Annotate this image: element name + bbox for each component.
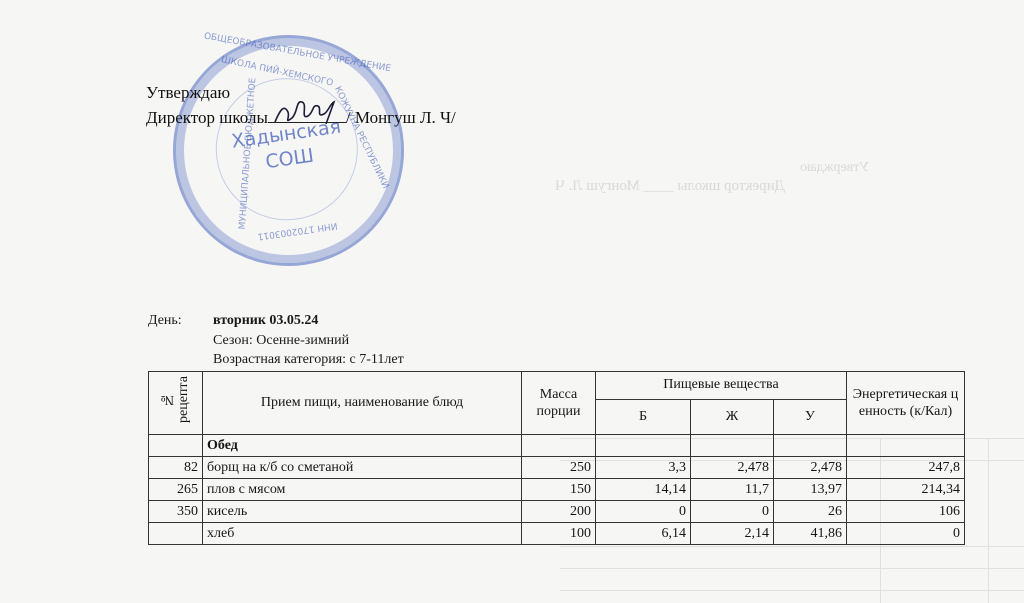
director-label: Директор школы (146, 108, 268, 127)
table-header-row: № рецепта Прием пищи, наименование блюд … (149, 372, 965, 400)
cell-dish: хлеб (203, 523, 522, 545)
menu-table: № рецепта Прием пищи, наименование блюд … (148, 371, 965, 545)
cell-recipe: 265 (149, 479, 203, 501)
cell-protein: 0 (596, 501, 691, 523)
ghost-rule (988, 438, 989, 603)
empty-cell (691, 435, 774, 457)
cell-dish: борщ на к/б со сметаной (203, 457, 522, 479)
header-dish: Прием пищи, наименование блюд (203, 372, 522, 435)
ghost-rule (560, 590, 1024, 591)
cell-fat: 2,478 (691, 457, 774, 479)
cell-recipe: 350 (149, 501, 203, 523)
empty-cell (774, 435, 847, 457)
cell-fat: 2,14 (691, 523, 774, 545)
table-row: 350кисель2000026106 (149, 501, 965, 523)
signature-icon (270, 90, 350, 130)
header-nutrients: Пищевые вещества (596, 372, 847, 400)
stamp-ring-text: ИНН 1702003011 (257, 220, 338, 241)
season: Сезон: Осенне-зимний (213, 333, 349, 349)
cell-fat: 11,7 (691, 479, 774, 501)
approved-label: Утверждаю (146, 83, 230, 103)
cell-carbs: 41,86 (774, 523, 847, 545)
empty-cell (596, 435, 691, 457)
section-row: Обед (149, 435, 965, 457)
ghost-text: Директор школы ____ Монгуш Л. Ч (555, 178, 785, 195)
cell-dish: плов с мясом (203, 479, 522, 501)
header-protein: Б (596, 399, 691, 434)
empty-cell (149, 435, 203, 457)
cell-carbs: 2,478 (774, 457, 847, 479)
cell-protein: 6,14 (596, 523, 691, 545)
day-value: вторник 03.05.24 (213, 313, 318, 329)
cell-carbs: 26 (774, 501, 847, 523)
header-fat: Ж (691, 399, 774, 434)
ghost-text: Утверждаю (800, 160, 869, 176)
cell-portion: 100 (522, 523, 596, 545)
director-name: / Монгуш Л. Ч/ (346, 108, 456, 127)
header-portion: Масса порции (522, 372, 596, 435)
cell-energy: 247,8 (847, 457, 965, 479)
cell-energy: 0 (847, 523, 965, 545)
section-label: Обед (203, 435, 522, 457)
header-energy: Энергетическая ценность (к/Кал) (847, 372, 965, 435)
ghost-rule (560, 568, 1024, 569)
school-stamp: ОБЩЕОБРАЗОВАТЕЛЬНОЕ УЧРЕЖДЕНИЕ ШКОЛА ПИЙ… (158, 20, 419, 281)
cell-energy: 106 (847, 501, 965, 523)
table-row: хлеб1006,142,1441,860 (149, 523, 965, 545)
header-carbs: У (774, 399, 847, 434)
day-label: День: (148, 313, 182, 329)
cell-protein: 3,3 (596, 457, 691, 479)
empty-cell (522, 435, 596, 457)
cell-fat: 0 (691, 501, 774, 523)
cell-energy: 214,34 (847, 479, 965, 501)
cell-recipe (149, 523, 203, 545)
cell-dish: кисель (203, 501, 522, 523)
cell-portion: 150 (522, 479, 596, 501)
cell-protein: 14,14 (596, 479, 691, 501)
table-row: 82борщ на к/б со сметаной2503,32,4782,47… (149, 457, 965, 479)
cell-portion: 200 (522, 501, 596, 523)
cell-carbs: 13,97 (774, 479, 847, 501)
table-row: 265плов с мясом15014,1411,713,97214,34 (149, 479, 965, 501)
age-category: Возрастная категория: с 7-11лет (213, 352, 404, 368)
stamp-ring-text: ОБЩЕОБРАЗОВАТЕЛЬНОЕ УЧРЕЖДЕНИЕ (203, 31, 392, 74)
empty-cell (847, 435, 965, 457)
header-recipe-no: № рецепта (149, 372, 203, 435)
cell-recipe: 82 (149, 457, 203, 479)
cell-portion: 250 (522, 457, 596, 479)
ghost-rule (560, 546, 1024, 547)
